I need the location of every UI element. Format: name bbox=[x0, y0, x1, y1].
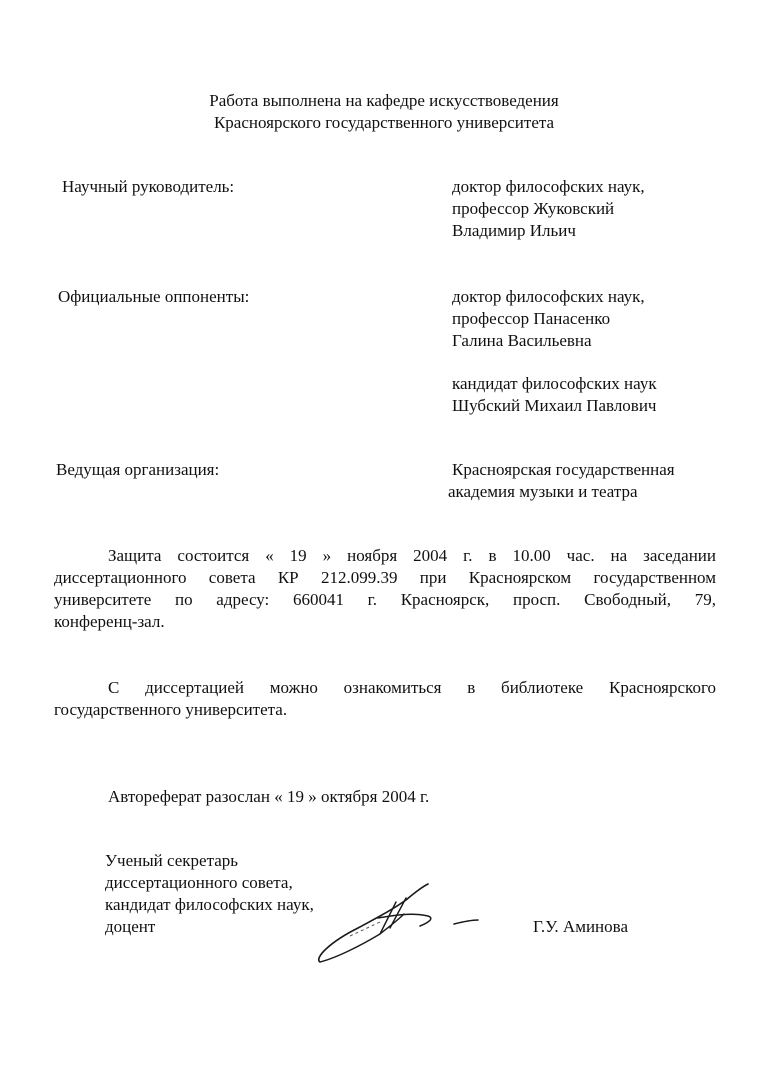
defense-line-3: университете по адресу: 660041 г. Красно… bbox=[54, 589, 716, 611]
leading-org-line-2: академия музыки и театра bbox=[448, 481, 638, 503]
supervisor-label: Научный руководитель: bbox=[62, 176, 234, 198]
secretary-line-1: Ученый секретарь bbox=[105, 850, 238, 872]
defense-paragraph: Защита состоится « 19 » ноября 2004 г. в… bbox=[54, 545, 716, 633]
supervisor-line-3: Владимир Ильич bbox=[452, 220, 576, 242]
supervisor-line-2: профессор Жуковский bbox=[452, 198, 614, 220]
library-line-2: государственного университета. bbox=[54, 699, 716, 721]
header-line-1: Работа выполнена на кафедре искусствовед… bbox=[0, 90, 768, 112]
opponent-1-line-2: профессор Панасенко bbox=[452, 308, 610, 330]
opponent-1-line-3: Галина Васильевна bbox=[452, 330, 592, 352]
leading-org-label: Ведущая организация: bbox=[56, 459, 219, 481]
opponent-1-line-1: доктор философских наук, bbox=[452, 286, 645, 308]
signature-icon bbox=[310, 880, 490, 970]
abstract-sent-date: Автореферат разослан « 19 » октября 2004… bbox=[108, 786, 429, 808]
header-line-2: Красноярского государственного университ… bbox=[0, 112, 768, 134]
library-line-1: С диссертацией можно ознакомиться в библ… bbox=[54, 677, 716, 699]
secretary-line-4: доцент bbox=[105, 916, 155, 938]
leading-org-line-1: Красноярская государственная bbox=[452, 459, 675, 481]
library-paragraph: С диссертацией можно ознакомиться в библ… bbox=[54, 677, 716, 721]
opponents-label: Официальные оппоненты: bbox=[58, 286, 249, 308]
secretary-line-3: кандидат философских наук, bbox=[105, 894, 314, 916]
defense-line-1: Защита состоится « 19 » ноября 2004 г. в… bbox=[54, 545, 716, 567]
defense-line-2: диссертационного совета КР 212.099.39 пр… bbox=[54, 567, 716, 589]
opponent-2-line-2: Шубский Михаил Павлович bbox=[452, 395, 656, 417]
opponent-2-line-1: кандидат философских наук bbox=[452, 373, 657, 395]
defense-line-4: конференц-зал. bbox=[54, 611, 716, 633]
secretary-name: Г.У. Аминова bbox=[533, 916, 628, 938]
secretary-line-2: диссертационного совета, bbox=[105, 872, 293, 894]
supervisor-line-1: доктор философских наук, bbox=[452, 176, 645, 198]
